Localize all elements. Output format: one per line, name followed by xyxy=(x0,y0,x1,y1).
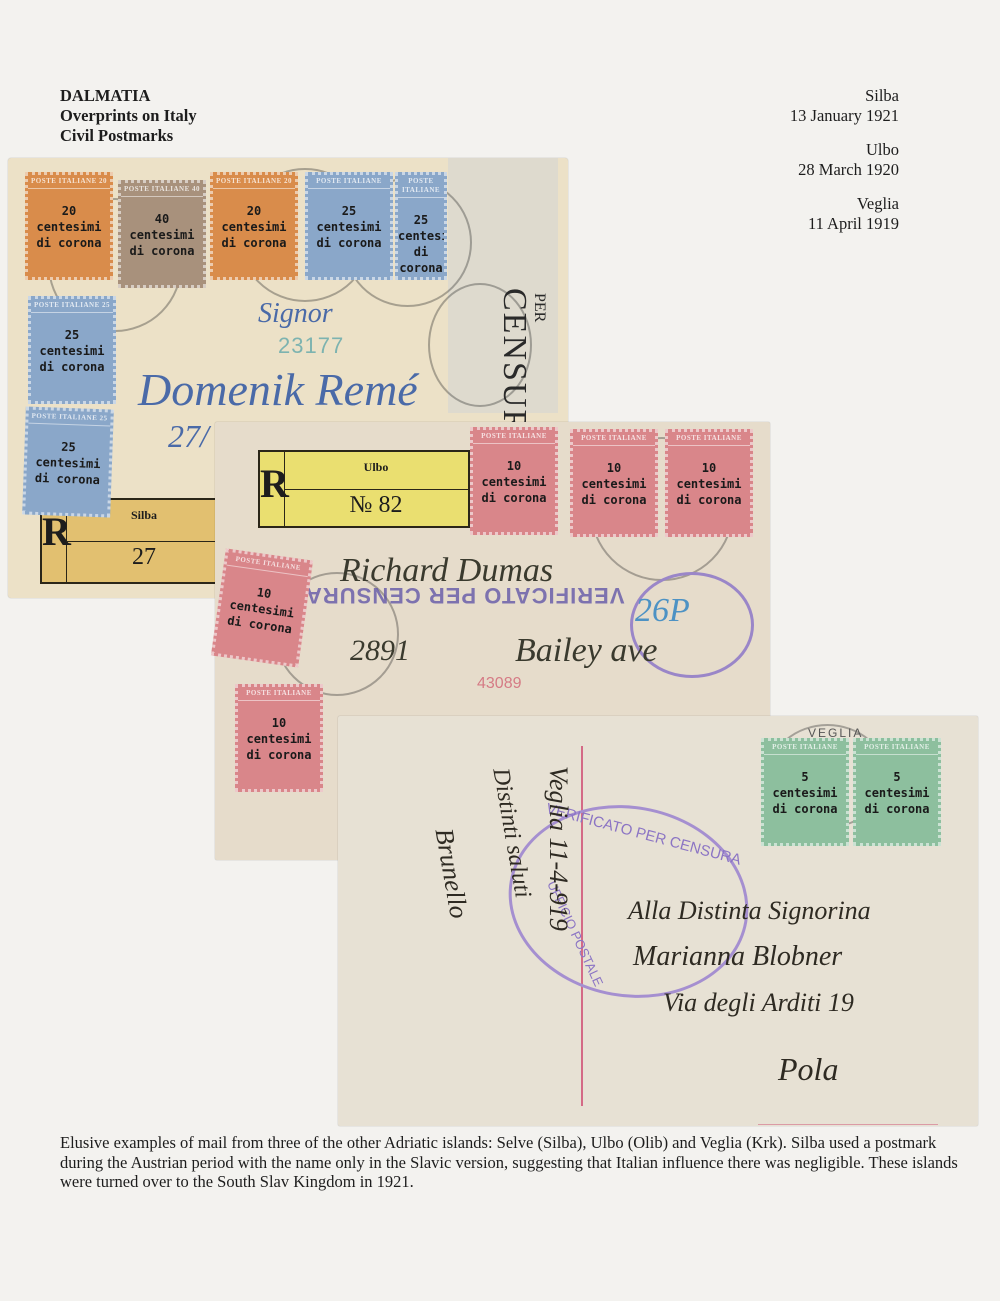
stamp: POSTE ITALIANE 20 20centesimidi corona xyxy=(25,172,113,280)
address-line xyxy=(758,1124,938,1125)
greeting: Distinti saluti xyxy=(486,766,535,900)
index-entry-ulbo: Ulbo 28 March 1920 xyxy=(790,140,899,180)
dateline: Veglia 11-4-919 xyxy=(543,766,573,931)
page-subtitle-2: Civil Postmarks xyxy=(60,126,197,146)
censor-number: 26P xyxy=(635,592,690,630)
addressee-line-2: Domenik Remé xyxy=(138,363,418,416)
covers-index: Silba 13 January 1921 Ulbo 28 March 1920… xyxy=(790,86,899,248)
page-caption: Elusive examples of mail from three of t… xyxy=(60,1133,960,1192)
stamp: POSTE ITALIANE 10centesimidi corona xyxy=(470,427,558,535)
numeral-stamp: 43089 xyxy=(477,675,522,693)
registration-town: Ulbo xyxy=(284,452,468,490)
addressee-line-4: Pola xyxy=(778,1051,838,1088)
addressee-line-1: Signor xyxy=(258,298,333,330)
index-entry-silba: Silba 13 January 1921 xyxy=(790,86,899,126)
addressee-line-1: Alla Distinta Signorina xyxy=(628,896,871,926)
registration-r: R xyxy=(260,452,285,526)
page-heading: DALMATIA Overprints on Italy Civil Postm… xyxy=(60,86,197,146)
stamp: POSTE ITALIANE 10centesimidi corona xyxy=(570,429,658,537)
censor-label-per: PER xyxy=(530,293,548,322)
stamp: POSTE ITALIANE 10centesimidi corona xyxy=(665,429,753,537)
registration-number: 27 xyxy=(66,541,222,582)
stamp: POSTE ITALIANE 25centesimidi corona xyxy=(305,172,393,280)
stamp: POSTE ITALIANE 25centesimidi corona xyxy=(395,172,447,280)
stamp: POSTE ITALIANE 25 25centesimidi corona xyxy=(22,406,114,517)
signature: Brunello xyxy=(428,826,473,921)
page-subtitle: Overprints on Italy xyxy=(60,106,197,126)
index-entry-veglia: Veglia 11 April 1919 xyxy=(790,194,899,234)
page-title: DALMATIA xyxy=(60,86,197,106)
registration-label-ulbo: R Ulbo № 82 xyxy=(258,450,470,528)
postmark xyxy=(428,283,532,407)
registration-number: № 82 xyxy=(284,489,468,526)
addressee-line-2: Marianna Blobner xyxy=(633,941,842,973)
stamp: POSTE ITALIANE 5centesimidi corona xyxy=(761,738,849,846)
stamp: POSTE ITALIANE 25 25centesimidi corona xyxy=(28,296,116,404)
addressee-line-3: Via degli Arditi 19 xyxy=(663,988,854,1018)
addressee-street: Bailey ave xyxy=(515,632,658,670)
stamp: POSTE ITALIANE 40 40centesimidi corona xyxy=(118,180,206,288)
numeral-stamp: 23177 xyxy=(278,333,344,359)
addressee-line-3: 27/ xyxy=(168,418,209,455)
stamp: POSTE ITALIANE 5centesimidi corona xyxy=(853,738,941,846)
addressee-name: Richard Dumas xyxy=(340,552,553,590)
stamp: POSTE ITALIANE 10centesimidi corona xyxy=(235,684,323,792)
stamp: POSTE ITALIANE 20 20centesimidi corona xyxy=(210,172,298,280)
stamp: POSTE ITALIANE 10centesimidi corona xyxy=(211,548,313,667)
addressee-street-number: 2891 xyxy=(350,634,410,668)
